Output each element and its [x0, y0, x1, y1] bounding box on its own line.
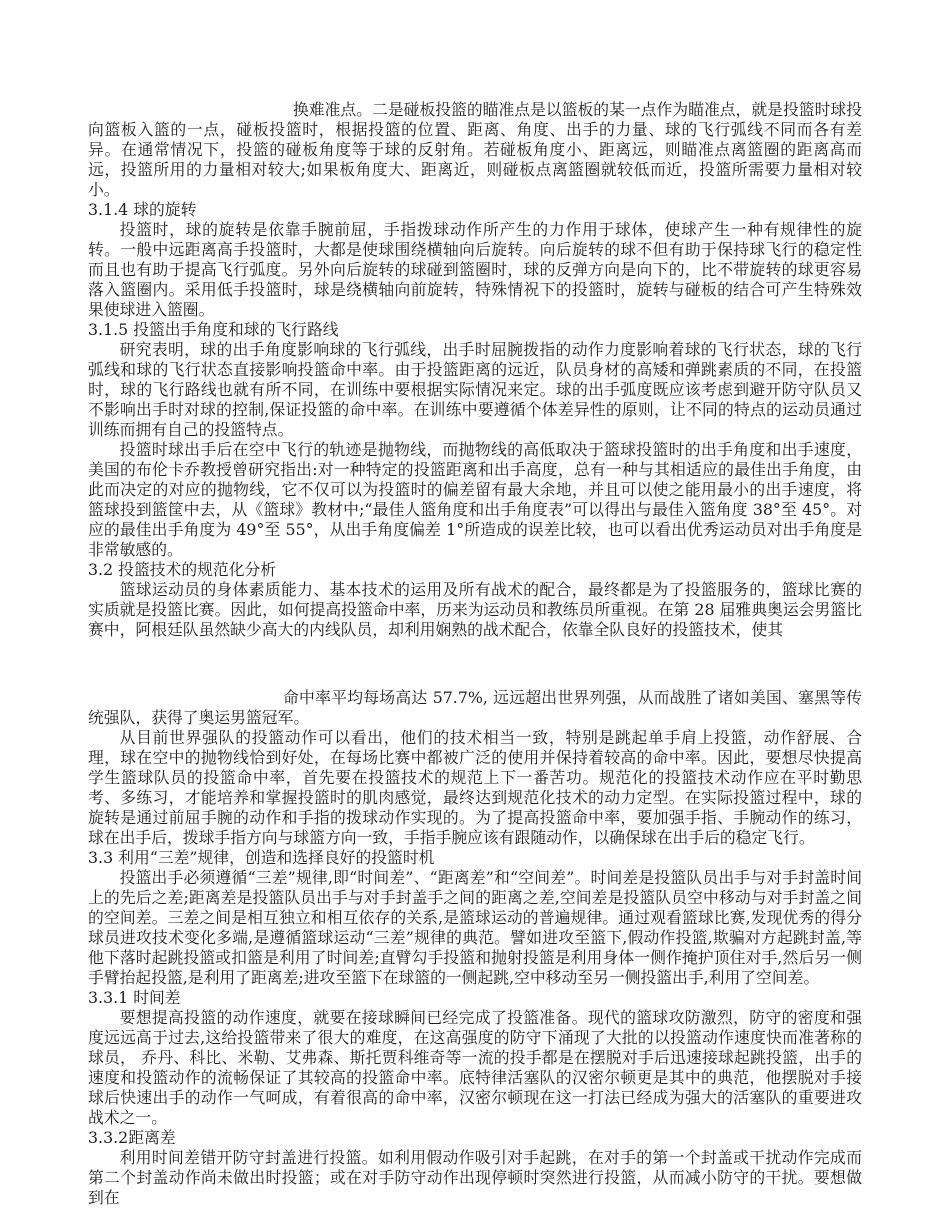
- section-heading: 3.2 投篮技术的规范化分析: [88, 560, 862, 580]
- body-paragraph: 利用时间差错开防守封盖进行投篮。如利用假动作吸引对手起跳，在对手的第一个封盖或干…: [88, 1148, 862, 1208]
- body-paragraph: 篮球运动员的身体素质能力、基本技术的运用及所有战术的配合，最终都是为了投篮服务的…: [88, 580, 862, 640]
- document-page: 换难准点。二是碰板投篮的瞄准点是以篮板的某一点作为瞄准点，就是投篮时球投向篮板入…: [0, 0, 950, 1230]
- page-break-gap: [88, 640, 862, 688]
- continuation-paragraph: 换难准点。二是碰板投篮的瞄准点是以篮板的某一点作为瞄准点，就是投篮时球投向篮板入…: [88, 100, 862, 200]
- continuation-paragraph: 命中率平均每场高达 57.7%, 远远超出世界列强，从而战胜了诸如美国、塞黑等传…: [88, 688, 862, 728]
- body-paragraph: 投篮时球出手后在空中飞行的轨迹是抛物线，而抛物线的高低取决于篮球投篮时的出手角度…: [88, 440, 862, 560]
- section-heading: 3.1.4 球的旋转: [88, 200, 862, 220]
- body-paragraph: 投篮时，球的旋转是依靠手腕前屈，手指拨球动作所产生的力作用于球体，使球产生一种有…: [88, 220, 862, 320]
- body-paragraph: 投篮出手必须遵循“三差”规律,即“时间差”、“距离差”和“空间差”。时间差是投篮…: [88, 868, 862, 988]
- body-paragraph: 从目前世界强队的投篮动作可以看出，他们的技术相当一致，特别是跳起单手肩上投篮，动…: [88, 728, 862, 848]
- body-paragraph: 研究表明，球的出手角度影响球的飞行弧线，出手时屈腕拨指的动作力度影响着球的飞行状…: [88, 340, 862, 440]
- section-heading: 3.3.1 时间差: [88, 988, 862, 1008]
- section-heading: 3.1.5 投篮出手角度和球的飞行路线: [88, 320, 862, 340]
- section-heading: 3.3 利用“三差”规律，创造和选择良好的投篮时机: [88, 848, 862, 868]
- section-heading: 3.3.2距离差: [88, 1128, 862, 1148]
- text-column: 换难准点。二是碰板投篮的瞄准点是以篮板的某一点作为瞄准点，就是投篮时球投向篮板入…: [88, 100, 862, 1208]
- body-paragraph: 要想提高投篮的动作速度，就要在接球瞬间已经完成了投篮准备。现代的篮球攻防激烈，防…: [88, 1008, 862, 1128]
